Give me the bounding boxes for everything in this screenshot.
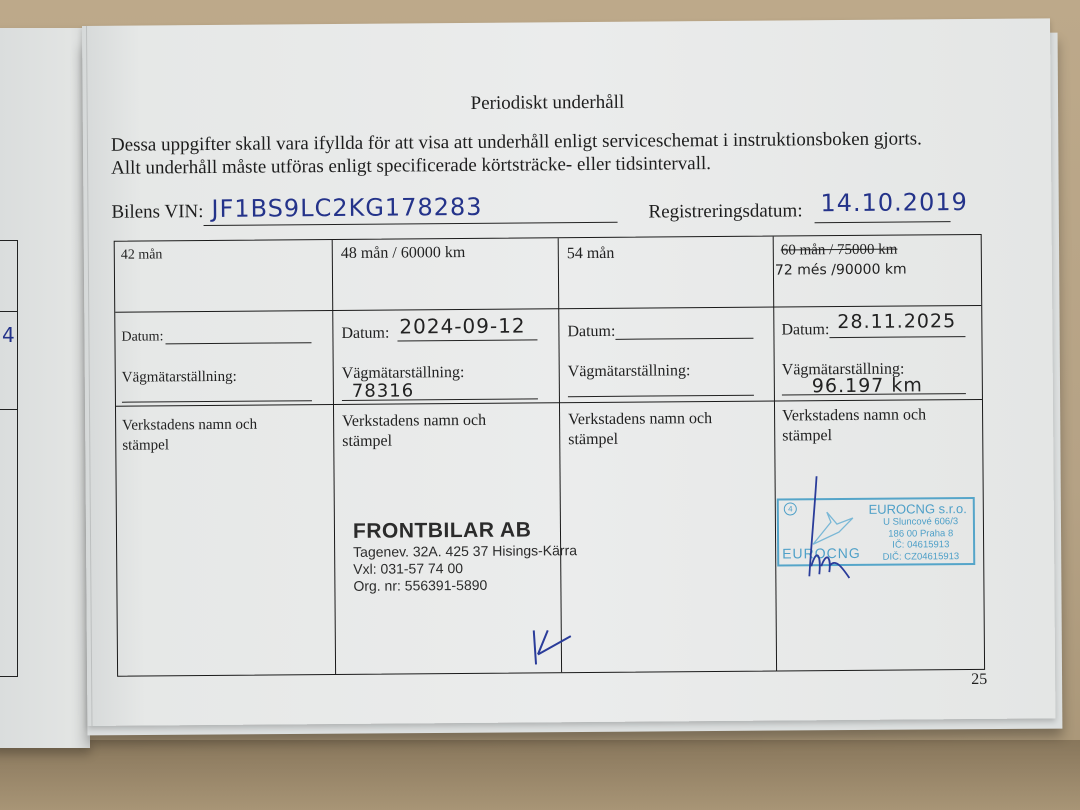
date-line-48 [397,339,537,341]
interval-60-struck: 60 mån / 75000 km [781,240,898,261]
frontbilar-stamp: FRONTBILAR AB Tagenev. 32A. 425 37 Hisin… [353,518,577,595]
date-label-48: Datum: [341,324,389,344]
interval-72-handwritten: 72 més /90000 km [775,260,907,281]
vin-value: JF1BS9LC2KG178283 [211,193,482,223]
service-book-page: Periodiskt underhåll Dessa uppgifter ska… [82,18,1055,726]
stamp-number: 4 [784,502,797,515]
workshop-label-48: Verkstadens namn ochstämpel [342,411,486,452]
registration-date-value: 14.10.2019 [820,188,968,217]
left-page-table-fragment [0,240,18,677]
page-number: 25 [971,671,987,689]
date-line-42 [165,342,311,344]
workshop-label-54: Verkstadens namn ochstämpel [568,409,712,450]
odometer-label-42: Vägmätarställning: [122,367,237,388]
workshop-label-42: Verkstadens namn ochstämpel [122,415,257,456]
signature-60 [796,466,887,587]
interval-48: 48 mån / 60000 km [341,243,466,264]
date-value-60: 28.11.2025 [837,311,956,332]
interval-54: 54 mån [567,244,615,264]
date-value-48: 2024-09-12 [399,316,525,337]
left-page-handwriting: 4 [2,323,16,347]
odometer-value-60: 96.197 km [812,375,923,396]
odometer-line-54 [568,395,754,397]
date-line-54 [615,338,753,340]
service-table: 42 mån Datum: Vägmätarställning: Verksta… [114,234,985,677]
date-label-54: Datum: [567,322,615,342]
signature-48 [526,624,576,669]
registration-date-label: Registreringsdatum: [648,200,802,223]
odometer-value-48: 78316 [352,381,414,401]
odometer-line-42 [122,400,312,402]
page-title: Periodiskt underhåll [471,92,625,115]
registration-date-line [815,221,951,223]
interval-42: 42 mån [121,245,163,265]
book-shadow [0,740,1080,810]
intro-text: Dessa uppgifter skall vara ifyllda för a… [111,127,922,179]
date-label-60: Datum: [781,320,829,340]
left-page: 4 [0,28,90,748]
workshop-label-60: Verkstadens namn ochstämpel [782,405,926,446]
date-line-60 [829,336,965,338]
vin-label: Bilens VIN: [111,201,203,224]
date-label-42: Datum: [121,327,163,347]
spine-stitch [86,26,92,726]
odometer-label-54: Vägmätarställning: [568,361,691,382]
